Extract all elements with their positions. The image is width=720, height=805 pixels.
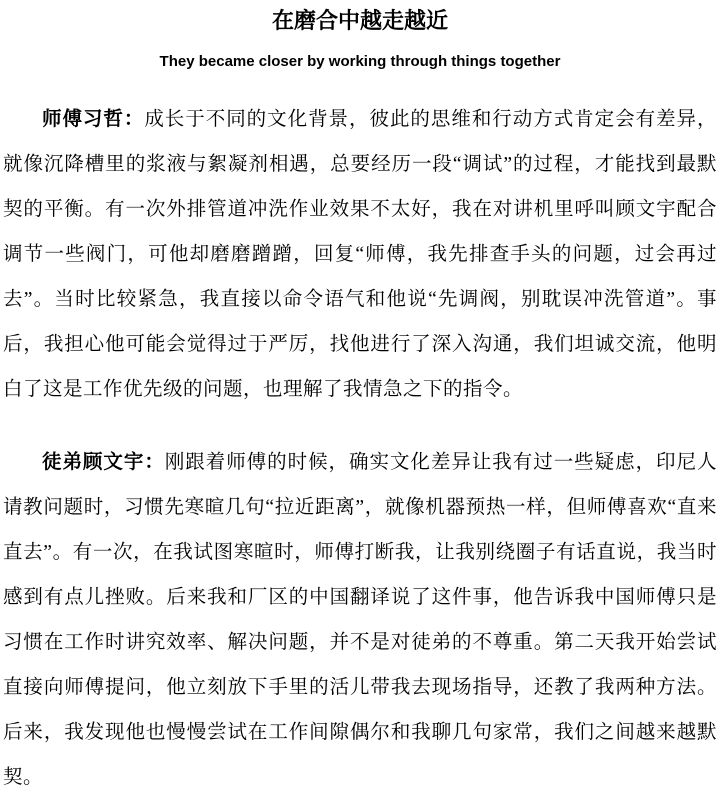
paragraph-master-xizhe: 师傅习哲：成长于不同的文化背景，彼此的思维和行动方式肯定会有差异，就像沉降槽里的… <box>3 97 717 412</box>
document-subtitle: They became closer by working through th… <box>0 52 720 71</box>
speaker-label-apprentice: 徒弟顾文宇： <box>42 452 165 473</box>
paragraph-text-master: 成长于不同的文化背景，彼此的思维和行动方式肯定会有差异，就像沉降槽里的浆液与絮凝… <box>3 109 717 400</box>
paragraph-apprentice-guwenyu: 徒弟顾文宇：刚跟着师傅的时候，确实文化差异让我有过一些疑虑，印尼人请教问题时，习… <box>3 440 717 800</box>
speaker-label-master: 师傅习哲： <box>42 109 144 130</box>
document-title: 在磨合中越走越近 <box>0 0 720 34</box>
paragraph-text-apprentice: 刚跟着师傅的时候，确实文化差异让我有过一些疑虑，印尼人请教问题时，习惯先寒暄几句… <box>3 452 717 788</box>
document-page: 在磨合中越走越近 They became closer by working t… <box>0 0 720 805</box>
